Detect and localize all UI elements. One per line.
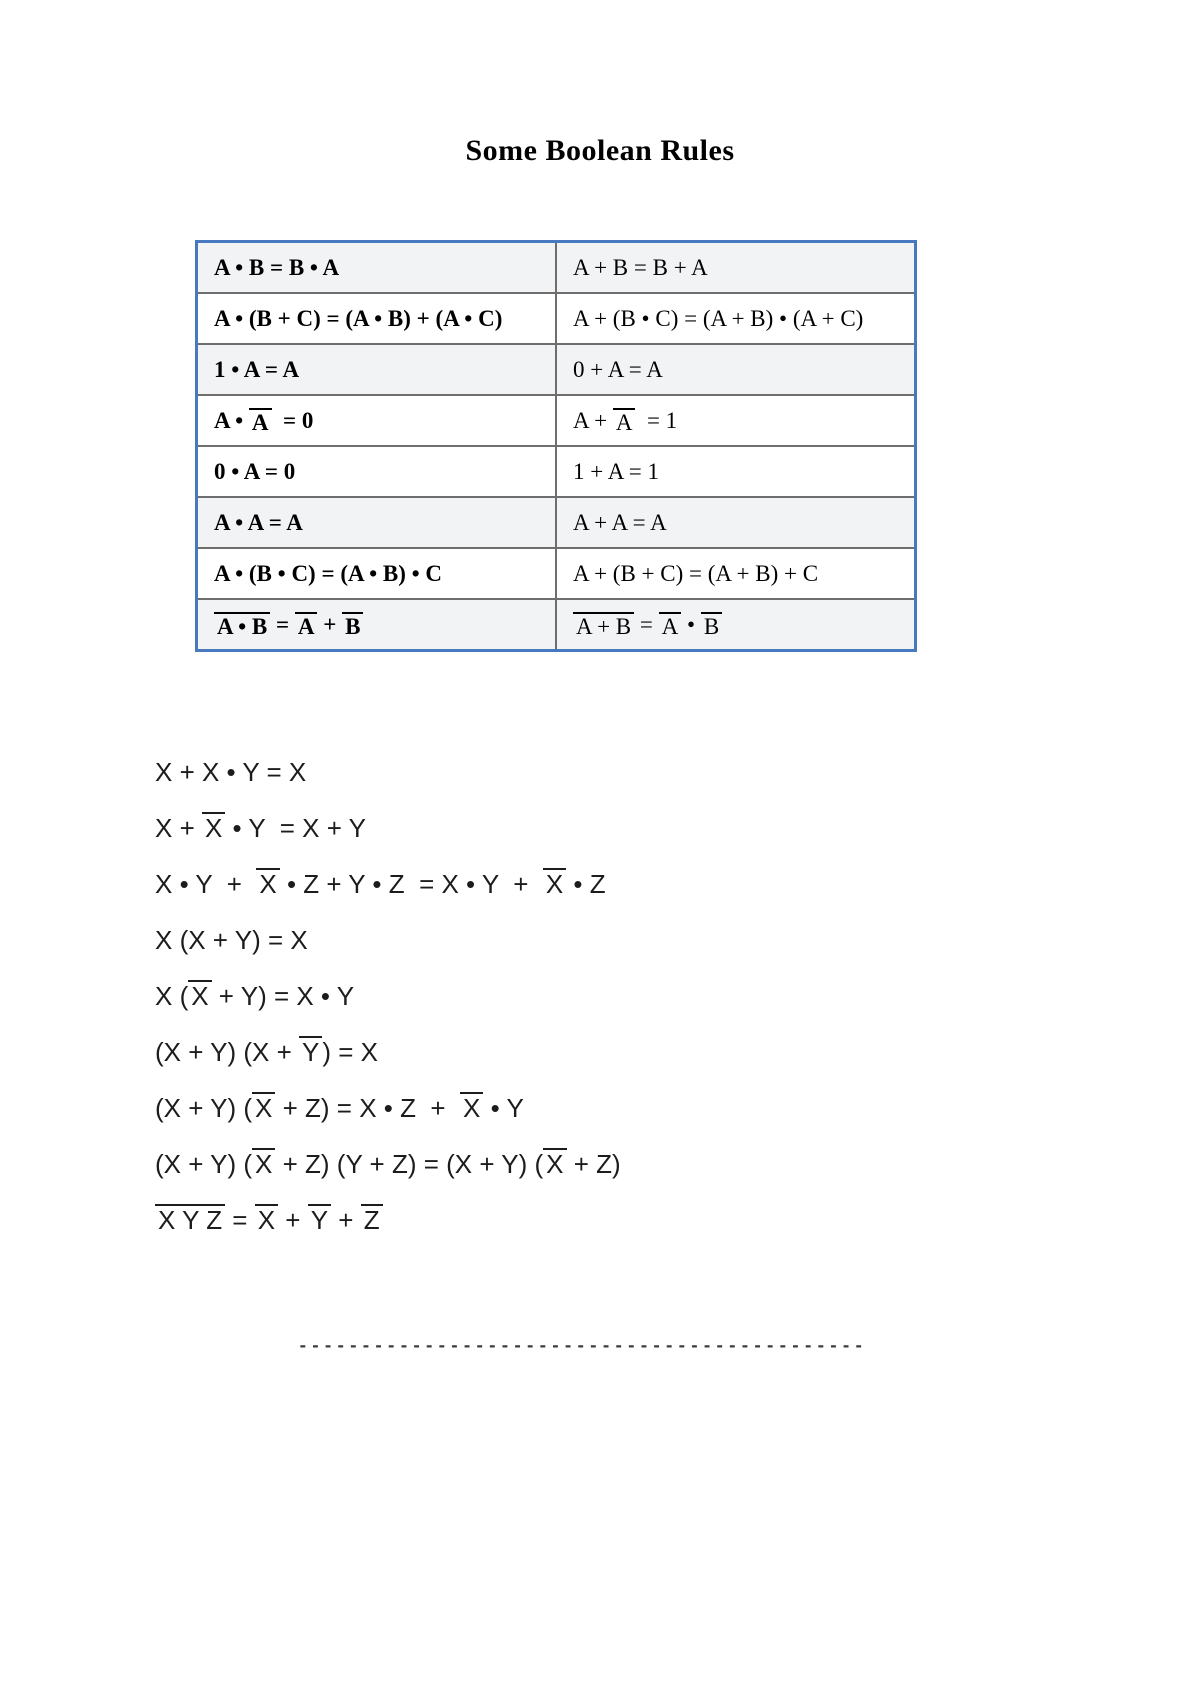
- overline-term: B: [701, 612, 722, 638]
- identity-equation: (X + Y) (X + Y) = X: [155, 1024, 621, 1080]
- text-run: + Z): [567, 1149, 621, 1179]
- text-run: • Y = X + Y: [225, 813, 366, 843]
- text-run: X + X • Y = X: [155, 757, 306, 787]
- text-run: + Z) (Y + Z) = (X + Y) (: [275, 1149, 543, 1179]
- overline-term: Z: [361, 1204, 383, 1233]
- text-run: 1 + A = 1: [573, 459, 659, 485]
- overline-term: A: [659, 612, 682, 638]
- overline-term: X: [252, 1092, 275, 1121]
- text-run: A + (B + C) = (A + B) + C: [573, 561, 818, 587]
- text-run: A + (B • C) = (A + B) • (A + C): [573, 306, 863, 332]
- overline-term: X: [543, 1148, 566, 1177]
- text-run: A • (B + C) = (A • B) + (A • C): [214, 306, 502, 332]
- table-row: A • A = AA + A = A: [198, 496, 914, 547]
- table-row: A • (B + C) = (A • B) + (A • C)A + (B • …: [198, 292, 914, 343]
- overline-term: A: [249, 408, 272, 434]
- text-run: =: [634, 612, 658, 638]
- overline-term: X: [252, 1148, 275, 1177]
- text-run: (X + Y) (X +: [155, 1037, 299, 1067]
- rule-cell-left: A • (B • C) = (A • B) • C: [198, 549, 557, 598]
- overline-term: B: [342, 612, 363, 638]
- text-run: +: [331, 1205, 361, 1235]
- overline-term: A: [295, 612, 318, 638]
- rule-cell-right: 0 + A = A: [557, 345, 914, 394]
- text-run: + Y) = X • Y: [212, 981, 355, 1011]
- rule-cell-right: 1 + A = 1: [557, 447, 914, 496]
- text-run: A • A = A: [214, 510, 303, 536]
- rule-cell-right: A + B = A • B: [557, 600, 914, 649]
- overline-term: X: [202, 812, 225, 841]
- text-run: (X + Y) (: [155, 1093, 252, 1123]
- overline-term: X: [460, 1092, 483, 1121]
- identity-equation: X • Y + X • Z + Y • Z = X • Y + X • Z: [155, 856, 621, 912]
- identity-equation: X + X • Y = X: [155, 744, 621, 800]
- overline-term: X Y Z: [155, 1204, 225, 1233]
- rule-cell-right: A + A = 1: [557, 396, 914, 445]
- overline-term: A + B: [573, 612, 634, 638]
- overline-term: A: [613, 408, 636, 434]
- table-row: A • B = B • AA + B = B + A: [198, 243, 914, 292]
- identity-equation: X Y Z = X + Y + Z: [155, 1192, 621, 1248]
- identity-equation: (X + Y) (X + Z) = X • Z + X • Y: [155, 1080, 621, 1136]
- identity-equations: X + X • Y = XX + X • Y = X + YX • Y + X …: [155, 744, 621, 1248]
- text-run: = 0: [272, 408, 314, 434]
- rule-cell-left: A • A = A: [198, 498, 557, 547]
- text-run: A • (B • C) = (A • B) • C: [214, 561, 442, 587]
- text-run: • Y: [483, 1093, 523, 1123]
- page-title: Some Boolean Rules: [0, 134, 1200, 168]
- table-row: 1 • A = A0 + A = A: [198, 343, 914, 394]
- overline-term: Y: [299, 1036, 322, 1065]
- rule-cell-right: A + (B + C) = (A + B) + C: [557, 549, 914, 598]
- text-run: • Z: [566, 869, 605, 899]
- table-row: A • A = 0A + A = 1: [198, 394, 914, 445]
- text-run: X (: [155, 981, 188, 1011]
- rule-cell-left: 1 • A = A: [198, 345, 557, 394]
- text-run: • Z + Y • Z = X • Y +: [280, 869, 543, 899]
- table-row: A • B = A + BA + B = A • B: [198, 598, 914, 649]
- dashed-separator: ----------------------------------------…: [298, 1336, 866, 1355]
- overline-term: X: [256, 868, 279, 897]
- table-row: A • (B • C) = (A • B) • CA + (B + C) = (…: [198, 547, 914, 598]
- overline-term: A • B: [214, 612, 270, 638]
- text-run: A + B = B + A: [573, 255, 708, 281]
- text-run: + Z) = X • Z +: [275, 1093, 460, 1123]
- text-run: 0 + A = A: [573, 357, 663, 383]
- text-run: X +: [155, 813, 202, 843]
- text-run: 1 • A = A: [214, 357, 299, 383]
- text-run: X (X + Y) = X: [155, 925, 308, 955]
- boolean-rules-table: A • B = B • AA + B = B + AA • (B + C) = …: [195, 240, 917, 652]
- table-row: 0 • A = 01 + A = 1: [198, 445, 914, 496]
- rule-cell-left: A • (B + C) = (A • B) + (A • C): [198, 294, 557, 343]
- text-run: ) = X: [322, 1037, 378, 1067]
- rule-cell-right: A + (B • C) = (A + B) • (A + C): [557, 294, 914, 343]
- text-run: =: [225, 1205, 255, 1235]
- overline-term: X: [255, 1204, 278, 1233]
- rule-cell-left: A • A = 0: [198, 396, 557, 445]
- text-run: +: [317, 612, 342, 638]
- text-run: = 1: [635, 408, 677, 434]
- rule-cell-right: A + A = A: [557, 498, 914, 547]
- text-run: A + A = A: [573, 510, 667, 536]
- overline-term: X: [543, 868, 566, 897]
- overline-term: X: [188, 980, 211, 1009]
- text-run: (X + Y) (: [155, 1149, 252, 1179]
- text-run: 0 • A = 0: [214, 459, 295, 485]
- text-run: +: [278, 1205, 308, 1235]
- text-run: A •: [214, 408, 249, 434]
- text-run: X • Y +: [155, 869, 256, 899]
- rule-cell-left: A • B = B • A: [198, 243, 557, 292]
- rule-cell-right: A + B = B + A: [557, 243, 914, 292]
- text-run: •: [681, 612, 701, 638]
- identity-equation: X (X + Y) = X • Y: [155, 968, 621, 1024]
- rule-cell-left: 0 • A = 0: [198, 447, 557, 496]
- text-run: =: [270, 612, 295, 638]
- overline-term: Y: [308, 1204, 331, 1233]
- identity-equation: (X + Y) (X + Z) (Y + Z) = (X + Y) (X + Z…: [155, 1136, 621, 1192]
- text-run: A • B = B • A: [214, 255, 339, 281]
- text-run: A +: [573, 408, 613, 434]
- identity-equation: X (X + Y) = X: [155, 912, 621, 968]
- identity-equation: X + X • Y = X + Y: [155, 800, 621, 856]
- rule-cell-left: A • B = A + B: [198, 600, 557, 649]
